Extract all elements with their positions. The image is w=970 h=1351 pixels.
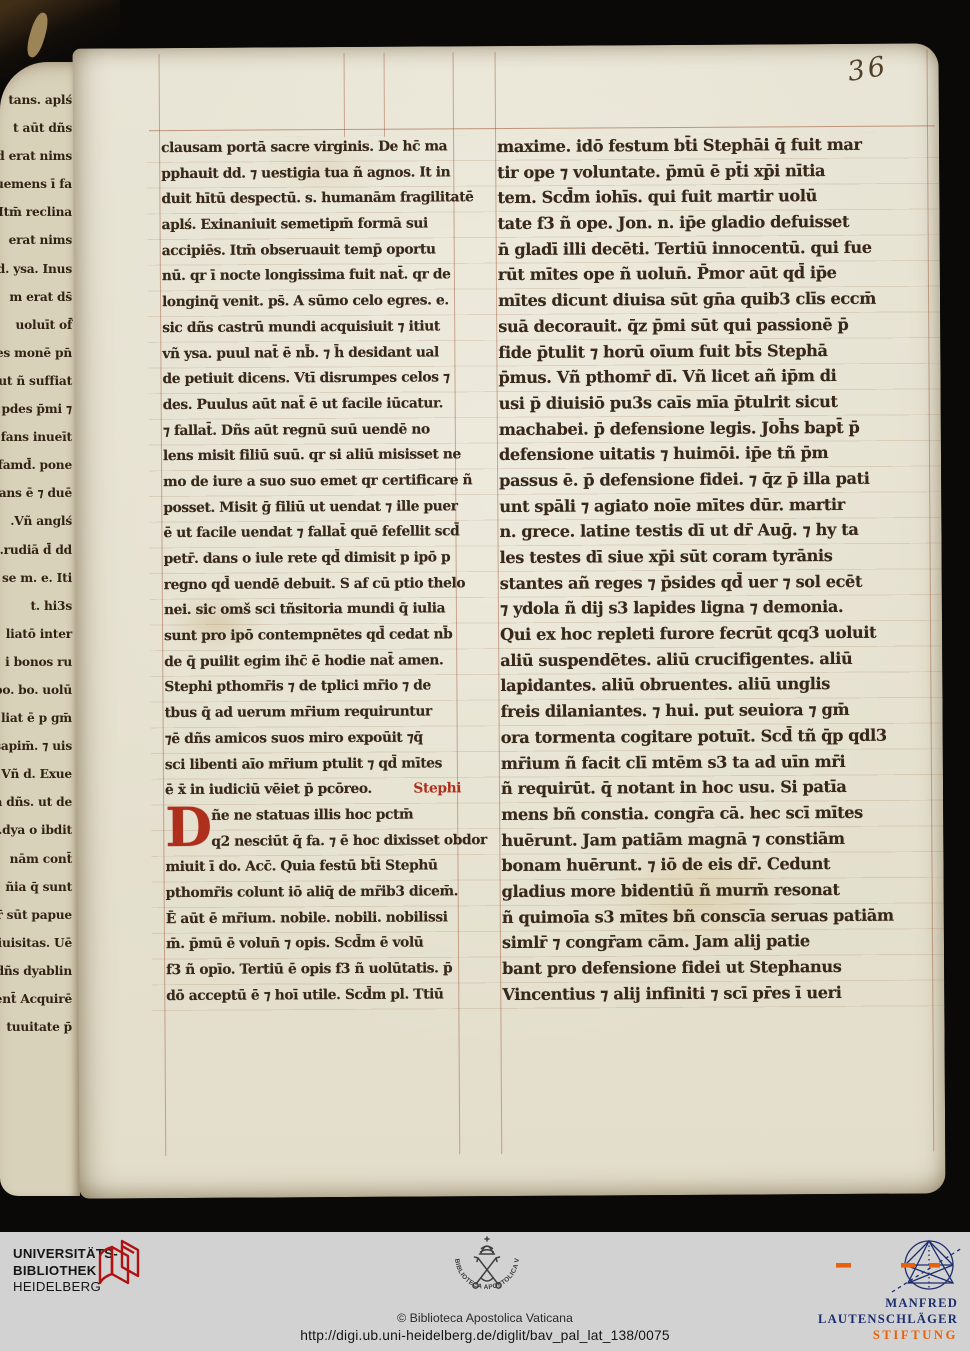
manuscript-line: rūt mītes ope ñ uolun̄. P̄mor aūt qd̄ ip… (498, 260, 922, 288)
seal-ring-text: BIBLIOTECA APOSTOLICA VATICANA (448, 1233, 521, 1291)
manuscript-line: defensione uitatis ⁊ huimōi. ip̄e tñ p̄m (499, 440, 923, 468)
manuscript-line: suā decorauit. q̄z p̄mi sūt qui passionē… (498, 311, 922, 339)
margin-fragment-line: dya o ibdit. (0, 816, 72, 844)
foundation-name-line: LAUTENSCHLÄGER (818, 1312, 958, 1328)
manuscript-line: mītes dicunt diuisa sūt gn̄a quib3 clīs … (498, 286, 922, 314)
manuscript-line: dō acceptū ē ⁊ hoī utile. Scd̄m pl. Ttiū (166, 982, 464, 1010)
decorated-initial-block: D ñe ne statuas illis hoc pctm̄q2 nesciū… (165, 802, 463, 855)
margin-fragment-line: erat nims (0, 226, 72, 254)
manuscript-line: aliū suspendētes. aliū crucifigentes. al… (500, 645, 924, 673)
margin-fragment-line: n se m. e. Iti (0, 564, 72, 592)
margin-fragment-line: fans inueīt (0, 423, 72, 451)
manuscript-line: bant pro defensione fidei ut Stephanus (502, 953, 926, 981)
manuscript-line: passus ē. p̄ defensione fidei. ⁊ q̄z p̄ … (499, 465, 923, 493)
manuscript-line: huērunt. Jam patiām magnā ⁊ constiām (501, 825, 925, 853)
manuscript-line: sunt pro ipō contempnētes qd̄ cedat nb̄ (164, 622, 462, 650)
folio-number: 36 (845, 51, 890, 88)
manuscript-line: les testes dī siue xp̄i sūt coram tyrāni… (500, 542, 924, 570)
manuscript-line: regno qd̄ uendē debuit. S af cū ptio the… (164, 571, 462, 599)
margin-fragment-line: fr̄ sūt papue (0, 901, 72, 929)
manuscript-line: usi p̄ diuisiō pu3s caīs mīa p̄tulrit si… (499, 388, 923, 416)
manuscript-line: tbus q̄ ad uerum mr̄ium requiruntur (164, 699, 462, 727)
manuscript-line: ñ quimoīa s3 mītes bñ conscīa seruas pat… (502, 902, 926, 930)
margin-fragment-line: famd̄. pone (0, 451, 72, 479)
margin-fragment-line: rudiā d̄ dd. (0, 536, 72, 564)
manuscript-line: machabei. p̄ defensione legis. Joh̄s bap… (499, 414, 923, 442)
manuscript-line: ñ requirūt. q̄ notant in hoc usu. Si pat… (501, 774, 925, 802)
margin-fragment-line: d. ysa. Inus (0, 255, 72, 283)
margin-fragment-line: dñs dyablin (0, 957, 72, 985)
manuscript-line: bonam huērunt. ⁊ iō de eis dr̄. Cedunt (501, 851, 925, 879)
manuscript-line: tir ope ⁊ voluntate. p̄mū ē pt̄i xp̄i nī… (497, 157, 921, 185)
manuscript-line: des. Puulus aūt nat̄ ē ut facile iūcatur… (163, 391, 461, 419)
margin-fragment-line: tans. aplś (0, 86, 72, 114)
manuscript-line: m̄. p̄mū ē volun̄ ⁊ opis. Scd̄m ē volū (166, 931, 464, 959)
manuscript-line: Stephi pthomr̄is ⁊ de tplici mr̄io ⁊ de (164, 674, 462, 702)
text-column-right: maxime. idō festum bt̄i Stephāi q̄ fuit … (497, 131, 926, 1007)
manuscript-line: de petiuit dicens. Vtī disrumpes celos ⁊ (162, 365, 460, 393)
margin-fragment-line: diuisitas. Uē (0, 929, 72, 957)
margin-fragment-line: fans ē ⁊ duē (0, 479, 72, 507)
manuscript-line: lens misit filiū suū. qr si aliū misisse… (163, 443, 461, 471)
foundation-name: MANFRED LAUTENSCHLÄGER STIFTUNG (818, 1296, 958, 1343)
margin-fragment-line: hut ñ suffiat (0, 367, 72, 395)
manuscript-line: posset. Misit ḡ filiū ut uendat ⁊ ille p… (163, 494, 461, 522)
manuscript-line: ⁊ fallat̄. Dñs aūt regnū suū uendē no (163, 417, 461, 445)
margin-fragment-line: ent̄ Acquirē (0, 985, 72, 1013)
manuscript-line: fide p̄tulit ⁊ horū oīum fuit bt̄s Steph… (498, 337, 922, 365)
manuscript-line: ora tormenta cogitare potuīt. Scd̄ tñ q̄… (501, 722, 925, 750)
manuscript-line: vñ ysa. puul nat̄ ē nb̄. ⁊ h̄ desidant u… (162, 340, 460, 368)
crossed-keys-tiara-glyph (473, 1237, 501, 1288)
manuscript-line: nū. qr ī nocte longissima fuit nat̄. qr … (162, 263, 460, 291)
manuscript-line: ⁊ē dñs amicos suos miro expoūit ⁊q̄ (165, 725, 463, 753)
margin-ruling-tick (384, 53, 386, 137)
facing-page-text-fragments: tans. aplśt aūt dñsd erat nimsuemens ī f… (0, 86, 76, 1086)
margin-fragment-line: ñia q̄ sunt (0, 873, 72, 901)
rubric-text: Stephi (413, 776, 463, 802)
manuscript-line: pthomr̄is colunt iō aliq̄ de mr̄ib3 dice… (166, 879, 464, 907)
manuscript-line: duit hītū despectū. s. humanām fragilita… (161, 186, 459, 214)
manuscript-line: ⁊ ydola ñ dij s3 lapides ligna ⁊ demonia… (500, 594, 924, 622)
manuscript-line: Ē aūt ē mr̄ium. nobile. nobili. nobiliss… (166, 905, 464, 933)
margin-fragment-line: nām cont̄ (0, 845, 72, 873)
attribution-bar: UNIVERSITÄTS- BIBLIOTHEK HEIDELBERG BIBL… (0, 1232, 970, 1351)
facing-page-edge: tans. aplśt aūt dñsd erat nimsuemens ī f… (0, 62, 80, 1196)
vatican-seal-icon: BIBLIOTECA APOSTOLICA VATICANA (448, 1233, 526, 1309)
manuscript-line: f3 ñ opīo. Tertiū ē opis f3 ñ uolūtatis.… (166, 956, 464, 984)
margin-fragment-line: a dñs. ut de (0, 788, 72, 816)
manuscript-line: aplś. Exinaniuit semetipm̄ formā sui (162, 211, 460, 239)
foundation-name-line: STIFTUNG (818, 1328, 958, 1344)
manuscript-page: 36 clausam portā sacre virginis. De hc̄ … (72, 43, 945, 1198)
manuscript-line: longinq̄ venit. ps̄. A sūmo celo egres. … (162, 288, 460, 316)
library-books-logo-icon (97, 1238, 141, 1294)
manuscript-line: tate f3 ñ ope. Jon. n. ip̄e gladio defui… (497, 209, 921, 237)
margin-fragment-line: r bo. bo. uolū. (0, 676, 72, 704)
manuscript-line: lapidantes. aliū obruentes. aliū unglis (500, 671, 924, 699)
top-ruling-line (149, 125, 935, 131)
manuscript-line: clausam portā sacre virginis. De hc̄ ma (161, 134, 459, 162)
decorated-initial-letter: D (165, 804, 211, 854)
manuscript-line: ē ut facile uendat ⁊ fallat̄ quē fefelli… (163, 520, 461, 548)
margin-fragment-line: tuuitate p̄ (0, 1013, 72, 1041)
margin-fragment-line: es monē pn̄ (0, 339, 72, 367)
margin-fragment-line: i bonos ru (0, 648, 72, 676)
svg-text:BIBLIOTECA APOSTOLICA VATICANA: BIBLIOTECA APOSTOLICA VATICANA (448, 1233, 521, 1291)
manuscript-line: stantes añ reges ⁊ p̄sides qd̄ uer ⁊ sol… (500, 568, 924, 596)
margin-fragment-line: d erat nims (0, 142, 72, 170)
manuscript-line: pphauit dd. ⁊ uestigia tua ñ agnos. It i… (161, 160, 459, 188)
margin-fragment-line: uoluīt of̄ (0, 311, 72, 339)
margin-fragment-line: liatō inter (0, 620, 72, 648)
manuscript-line: simlr̄ ⁊ congr̄am cām. Jam alij patie (502, 928, 926, 956)
scanned-manuscript-viewer: tans. aplśt aūt dñsd erat nimsuemens ī f… (0, 0, 970, 1351)
manuscript-line: p̄mus. Vñ pthomr̄ dī. Vñ licet añ ip̄m d… (498, 363, 922, 391)
margin-fragment-line: Vñ anglś. (0, 507, 72, 535)
manuscript-line: sci libenti aīo mr̄ium ptulit ⁊ qd̄ mīte… (165, 751, 463, 779)
margin-fragment-line: t. hi3s (0, 592, 72, 620)
margin-fragment-line: uemens ī fa (0, 170, 72, 198)
margin-fragment-line: t aūt dñs (0, 114, 72, 142)
foundation-globe-logo-icon (826, 1238, 962, 1296)
manuscript-line: de q̄ puilit egim ihc̄ ē hodie nat̄ amen… (164, 648, 462, 676)
margin-fragment-line: o sapim̄. ⁊ uis (0, 732, 72, 760)
margin-fragment-line: d̄. Vñ d. Exue (0, 760, 72, 788)
manuscript-line: mens bñ constia. congr̄a cā. hec scī mīt… (501, 799, 925, 827)
manuscript-line: unt spāli ⁊ agiato noīe mītes dūr. marti… (499, 491, 923, 519)
manuscript-line: sic dñs castrū mundi acquisiuit ⁊ itiut (162, 314, 460, 342)
margin-fragment-line: ⁊ pdes p̄mi (0, 395, 72, 423)
manuscript-line: accipiēs. Itm̄ obseruauit temp̄ oportu (162, 237, 460, 265)
manuscript-line: nei. sic omš sci tñsitoria mundi q̄ iuli… (164, 597, 462, 625)
manuscript-line: petr̄. dans o iule rete qd̄ dimisit p ip… (164, 545, 462, 573)
margin-ruling-tick (344, 53, 346, 137)
manuscript-line: maxime. idō festum bt̄i Stephāi q̄ fuit … (497, 131, 921, 159)
manuscript-line: n. grece. latine testis dī ut dr̄ Auḡ. ⁊… (499, 517, 923, 545)
margin-fragment-line: liat ē p gm̄ (0, 704, 72, 732)
manuscript-line: Vincentius ⁊ alij infiniti ⁊ scī pr̄es ī… (502, 979, 926, 1007)
manuscript-line: mr̄ium ñ facit clī mtēm s3 ta ad uīn mr̄… (501, 748, 925, 776)
foundation-name-line: MANFRED (818, 1296, 958, 1312)
manuscript-line: n̄ gladī illi decēti. Tertiū innocentū. … (498, 234, 922, 262)
manuscript-line: gladius more bidentiū ñ murm̄ resonat (502, 876, 926, 904)
manuscript-line: Qui ex hoc repleti furore fecrūt qcq3 uo… (500, 620, 924, 648)
manuscript-line: freis dilaniantes. ⁊ hui. put seuiora ⁊ … (500, 697, 924, 725)
margin-fragment-line: m erat ds̄ (0, 283, 72, 311)
manuscript-line: mo de iure a suo suo emet qr certificare… (163, 468, 461, 496)
margin-fragment-line: Itm̄ reclina (0, 198, 72, 226)
manuscript-line: tem. Scd̄m iohīs. qui fuit martir uolū (497, 183, 921, 211)
text-column-left: clausam portā sacre virginis. De hc̄ map… (161, 134, 464, 1009)
